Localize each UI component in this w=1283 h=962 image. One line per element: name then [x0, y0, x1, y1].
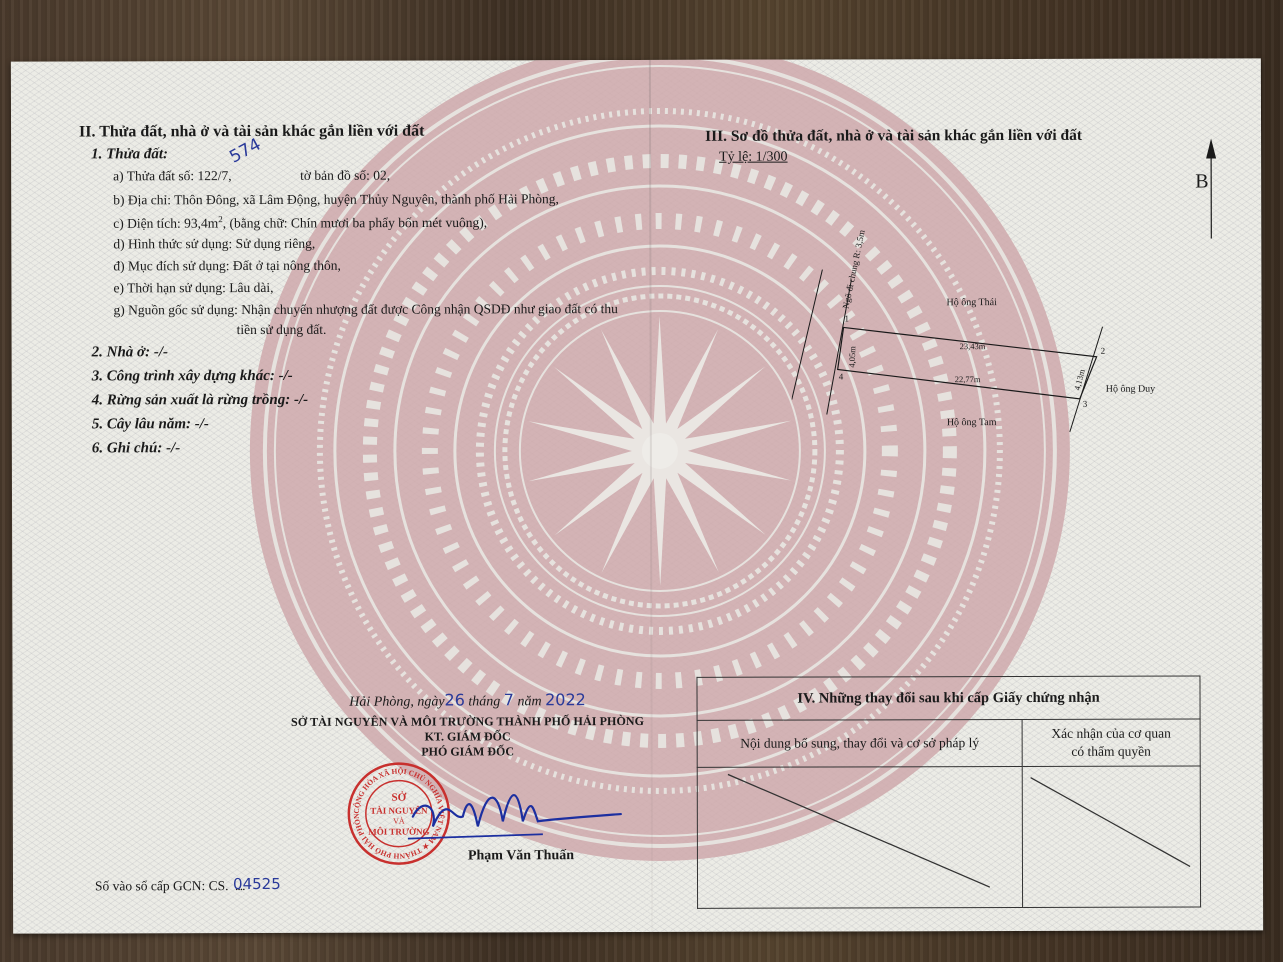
strike-line-icon — [698, 767, 1022, 908]
parcel-number: a) Thửa đất số: 122/7, — [113, 168, 231, 184]
column-header-content: Nội dung bổ sung, thay đổi và cơ sở pháp… — [697, 719, 1022, 767]
neighbor-north: Hộ ông Thái — [946, 297, 996, 308]
strike-line-icon — [1023, 767, 1200, 907]
col2-line2: có thẩm quyền — [1024, 743, 1199, 762]
year-label: năm — [517, 694, 541, 709]
neighbor-south: Hộ ông Tam — [947, 417, 997, 428]
issuing-organization: SỞ TÀI NGUYÊN VÀ MÔI TRƯỜNG THÀNH PHỐ HẢ… — [283, 714, 653, 730]
date-year: 2022 — [545, 690, 586, 709]
point-2: 2 — [1101, 346, 1106, 356]
area-prefix: c) Diện tích: 93,4m — [113, 216, 218, 231]
item1-title: 1. Thửa đất: — [91, 146, 168, 163]
point-1: 1 — [845, 313, 850, 323]
point-4: 4 — [839, 371, 844, 381]
role-2: PHÓ GIÁM ĐỐC — [283, 744, 653, 760]
item4-forest: 4. Rừng sản xuất là rừng trồng: -/- — [92, 392, 308, 410]
usage-term: e) Thời hạn sử dụng: Lâu dài, — [113, 280, 273, 296]
col2-line1: Xác nhận của cơ quan — [1024, 724, 1199, 743]
date-prefix: Hải Phòng, ngày — [349, 695, 444, 710]
registry-value: 04525 — [233, 875, 281, 893]
edge-4-1: 4,05m — [847, 346, 858, 368]
map-sheet-number: tờ bản đồ số: 02, — [300, 168, 390, 184]
signer-name: Phạm Văn Thuấn — [468, 848, 574, 864]
item2-house: 2. Nhà ở: -/- — [92, 344, 168, 361]
column-header-confirmation: Xác nhận của cơ quan có thẩm quyền — [1022, 719, 1200, 766]
edge-3-4: 22,77m — [955, 374, 981, 384]
date-month: 7 — [504, 690, 514, 709]
registry-label: Số vào sổ cấp GCN: CS. — [95, 878, 229, 893]
item5-perennial: 5. Cây lâu năm: -/- — [92, 416, 209, 433]
signature-block: Hải Phòng, ngày26 tháng 7 năm 2022 SỞ TÀ… — [283, 690, 653, 760]
section-iii-title: III. Sơ đồ thửa đất, nhà ở và tài sản kh… — [705, 127, 1082, 146]
neighbor-east: Hộ ông Duy — [1106, 384, 1155, 395]
land-certificate-page: II. Thửa đất, nhà ở và tài sản khác gắn … — [11, 58, 1263, 933]
role-1: KT. GIÁM ĐỐC — [283, 729, 653, 745]
usage-form: d) Hình thức sử dụng: Sử dụng riêng, — [113, 236, 315, 253]
date-day: 26 — [444, 690, 464, 709]
issue-date: Hải Phòng, ngày26 tháng 7 năm 2022 — [283, 690, 653, 711]
item3-other-construction: 3. Công trình xây dựng khác: -/- — [92, 368, 293, 386]
usage-origin-cont: tiền sử dụng đất. — [237, 322, 327, 338]
usage-origin: g) Nguồn gốc sử dụng: Nhận chuyển nhượng… — [113, 301, 617, 318]
address: b) Địa chỉ: Thôn Đông, xã Lâm Động, huyệ… — [113, 191, 559, 208]
content-cell — [697, 766, 1022, 908]
north-letter: B — [1195, 171, 1208, 194]
area-suffix: , (bằng chữ: Chín mươi ba phẩy bốn mét v… — [223, 215, 487, 231]
edge-1-2: 23,43m — [960, 341, 986, 351]
point-3: 3 — [1083, 399, 1088, 409]
signature-icon — [393, 776, 623, 847]
registry-number: Số vào sổ cấp GCN: CS.....04525 — [95, 878, 229, 894]
month-label: tháng — [468, 694, 500, 709]
confirmation-cell — [1022, 766, 1200, 907]
usage-purpose: đ) Mục đích sử dụng: Đất ở tại nông thôn… — [113, 258, 340, 275]
item6-notes: 6. Ghi chú: -/- — [92, 440, 180, 457]
area: c) Diện tích: 93,4m2, (bằng chữ: Chín mư… — [113, 213, 487, 231]
changes-table: IV. Những thay đổi sau khi cấp Giấy chứn… — [696, 676, 1201, 909]
scale-label: Tỷ lệ: 1/300 — [719, 150, 787, 166]
section-iv-title: IV. Những thay đổi sau khi cấp Giấy chứn… — [697, 676, 1200, 720]
